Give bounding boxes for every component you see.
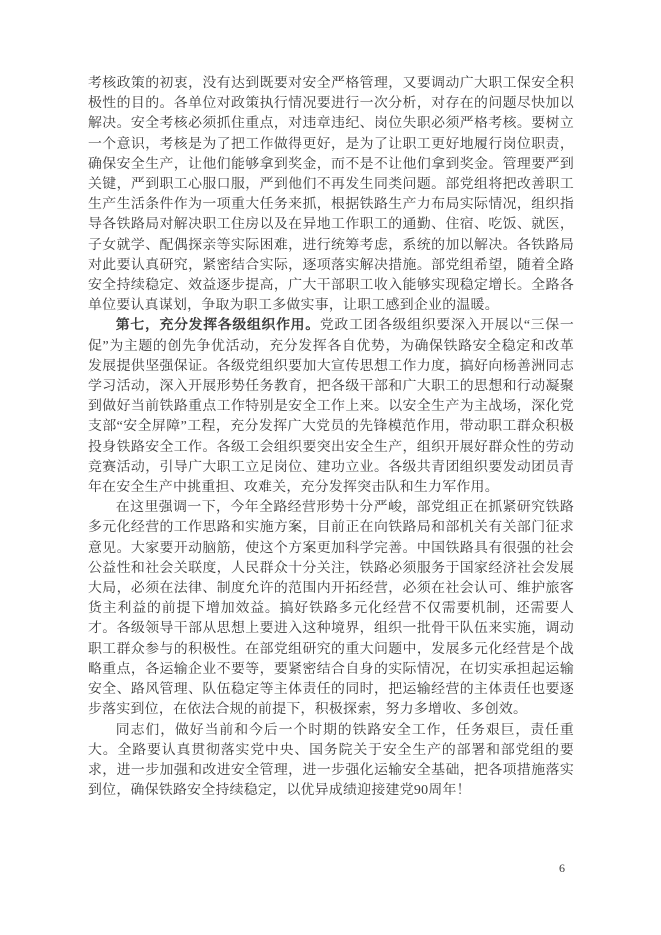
paragraph: 考核政策的初衷，没有达到既要对安全严格管理，又要调动广大职工保安全积极性的目的。… xyxy=(88,74,574,316)
paragraph-bold-lead: 第七，充分发挥各级组织作用。 xyxy=(116,318,320,333)
page-number: 6 xyxy=(552,860,572,876)
paragraph-text: 同志们，做好当前和今后一个时期的铁路安全工作，任务艰巨，责任重大。全路要认真贯彻… xyxy=(88,723,574,799)
paragraph-text: 在这里强调一下，今年全路经营形势十分严峻，部党组正在抓紧研究铁路多元化经营的工作… xyxy=(88,500,574,717)
paragraph: 同志们，做好当前和今后一个时期的铁路安全工作，任务艰巨，责任重大。全路要认真贯彻… xyxy=(88,721,574,802)
paragraph: 在这里强调一下，今年全路经营形势十分严峻，部党组正在抓紧研究铁路多元化经营的工作… xyxy=(88,498,574,720)
text-block: 考核政策的初衷，没有达到既要对安全严格管理，又要调动广大职工保安全积极性的目的。… xyxy=(88,74,574,801)
paragraph-text: 党政工团各级组织要深入开展以“三保一促”为主题的创先争优活动，充分发挥各自优势，… xyxy=(88,318,574,495)
paragraph: 第七，充分发挥各级组织作用。党政工团各级组织要深入开展以“三保一促”为主题的创先… xyxy=(88,316,574,498)
paragraph-text: 考核政策的初衷，没有达到既要对安全严格管理，又要调动广大职工保安全积极性的目的。… xyxy=(88,76,574,313)
document-page: 考核政策的初衷，没有达到既要对安全严格管理，又要调动广大职工保安全积极性的目的。… xyxy=(0,0,661,935)
